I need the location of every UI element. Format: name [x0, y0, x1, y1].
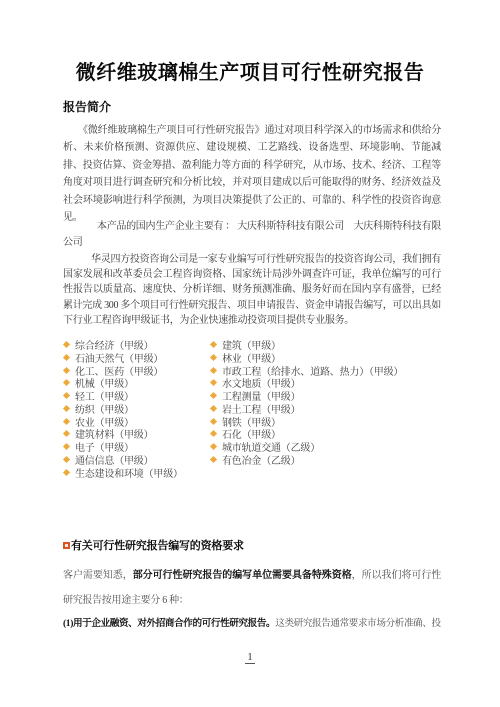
- diamond-bullet-icon: [210, 418, 217, 425]
- diamond-bullet-icon: [210, 379, 217, 386]
- diamond-bullet-icon: [63, 354, 70, 361]
- diamond-bullet-icon: [63, 456, 70, 463]
- paragraph-report-intro: 《微纤维玻璃棉生产项目可行性研究报告》通过对项目科学深入的市场需求和供给分析、未…: [63, 122, 441, 226]
- diamond-bullet-icon: [210, 366, 217, 373]
- diamond-bullet-icon: [63, 392, 70, 399]
- qualification-list: 综合经济（甲级） 建筑（甲级） 石油天然气（甲级） 林业（甲级） 化工、医药（甲…: [63, 338, 447, 479]
- qualification-item: 有色冶金（乙级）: [222, 452, 300, 467]
- diamond-bullet-icon: [210, 430, 217, 437]
- diamond-bullet-icon: [210, 354, 217, 361]
- page-number-value: 1: [245, 651, 255, 664]
- diamond-bullet-icon: [63, 405, 70, 412]
- requirements-note-prefix: 客户需要知悉，: [63, 570, 133, 581]
- section-heading-requirements-label: 有关可行性研究报告编写的资格要求: [71, 540, 244, 552]
- report-type-1-title: (1)用于企业融资、对外招商合作的可行性研究报告。: [63, 618, 275, 629]
- report-type-1-text: 这类研究报告通常要求市场分析准确、投: [275, 618, 441, 629]
- diamond-bullet-icon: [63, 430, 70, 437]
- paragraph-report-type-1: (1)用于企业融资、对外招商合作的可行性研究报告。这类研究报告通常要求市场分析准…: [63, 615, 463, 629]
- requirements-note-bold: 部分可行性研究报告的编写单位需要具备特殊资格: [133, 570, 352, 581]
- diamond-bullet-icon: [63, 379, 70, 386]
- diamond-bullet-icon: [63, 418, 70, 425]
- diamond-bullet-icon: [210, 443, 217, 450]
- section-heading-requirements: 有关可行性研究报告编写的资格要求: [63, 537, 244, 553]
- diamond-bullet-icon: [63, 341, 70, 348]
- paragraph-producers: 本产品的国内生产企业主要有 ： 大庆科斯特科技有限公司 大庆科斯特科技有限公司: [63, 219, 441, 251]
- diamond-bullet-icon: [210, 341, 217, 348]
- diamond-bullet-icon: [63, 469, 70, 476]
- diamond-bullet-icon: [63, 443, 70, 450]
- qualification-item: 生态建设和环境（甲级）: [75, 465, 183, 480]
- page-number: 1: [0, 651, 500, 663]
- paragraph-company-profile: 华灵四方投资咨询公司是一家专业编写可行性研究报告的投资咨询公司，我们拥有国家发展…: [63, 252, 441, 328]
- diamond-bullet-icon: [210, 392, 217, 399]
- paragraph-requirements-note: 客户需要知悉，部分可行性研究报告的编写单位需要具备特殊资格，所以我们将可行性研究…: [63, 564, 441, 613]
- page-title: 微纤维玻璃棉生产项目可行性研究报告: [0, 56, 500, 85]
- document-page: 微纤维玻璃棉生产项目可行性研究报告 报告简介 《微纤维玻璃棉生产项目可行性研究报…: [0, 0, 500, 707]
- section-heading-intro: 报告简介: [63, 98, 111, 115]
- qualification-row: 生态建设和环境（甲级）: [63, 466, 447, 479]
- square-bullet-icon: [63, 542, 70, 549]
- diamond-bullet-icon: [210, 405, 217, 412]
- diamond-bullet-icon: [210, 456, 217, 463]
- diamond-bullet-icon: [63, 366, 70, 373]
